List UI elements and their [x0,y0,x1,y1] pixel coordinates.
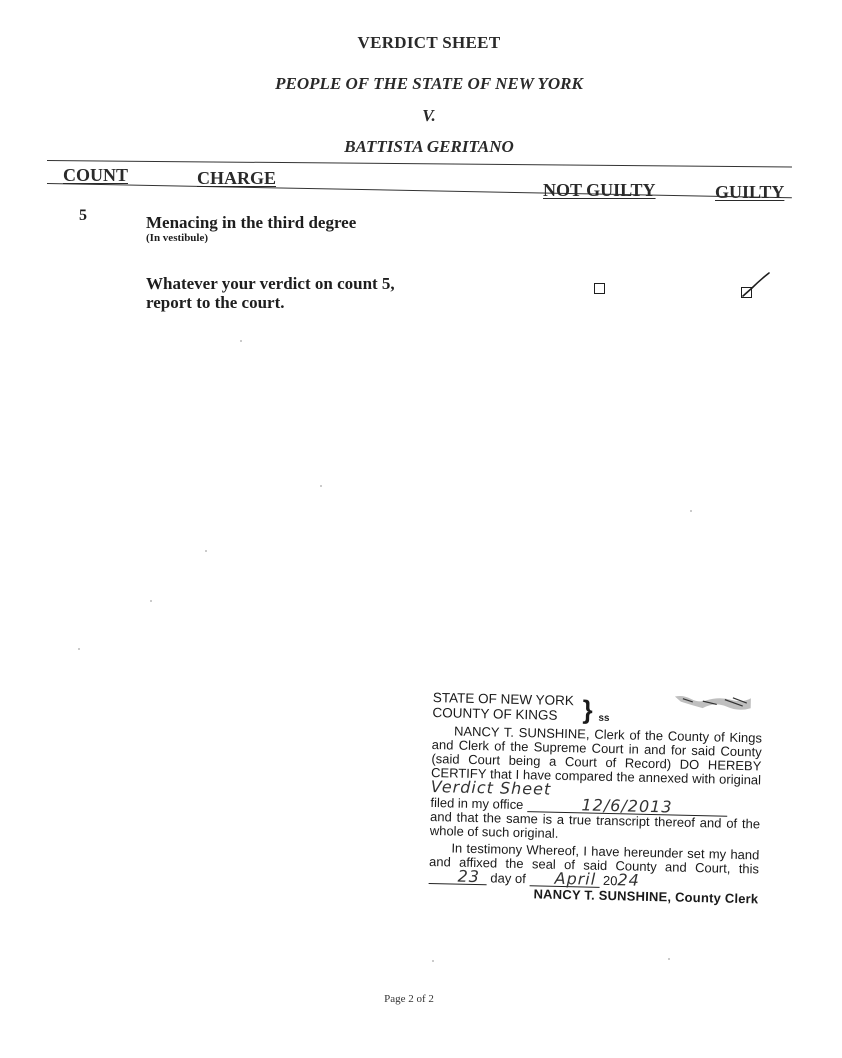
scan-speck [432,960,434,962]
stamp-venue: STATE OF NEW YORK COUNTY OF KINGS } ss [432,690,763,727]
scan-speck [690,510,692,512]
certification-paragraph-2: In testimony Whereof, I have hereunder s… [429,841,760,891]
handwritten-year: 24 [617,870,640,890]
charge-note: (In vestibule) [146,232,208,244]
day-label: day of [490,870,526,886]
handwritten-month: April [529,871,599,888]
scan-speck [240,340,242,342]
year-prefix: 20 [603,873,618,888]
page-number: Page 2 of 2 [0,993,818,1005]
table-header-top-rule [47,160,792,168]
not-guilty-checkbox[interactable] [594,283,605,294]
scan-speck [150,600,152,602]
certification-stamp: STATE OF NEW YORK COUNTY OF KINGS } ss N… [428,690,763,906]
scan-speck [668,958,670,960]
column-header-charge: CHARGE [197,168,276,189]
charge-title: Menacing in the third degree [146,213,356,233]
column-header-not-guilty: NOT GUILTY [543,180,656,201]
case-plaintiff: PEOPLE OF THE STATE OF NEW YORK [0,74,842,94]
venue-ss: ss [598,711,609,726]
scan-speck [78,648,80,650]
charge-instruction: Whatever your verdict on count 5, report… [146,274,395,312]
scan-speck [205,550,207,552]
column-header-guilty: GUILTY [715,182,784,203]
certification-paragraph-1: NANCY T. SUNSHINE, Clerk of the County o… [431,724,763,802]
case-defendant: BATTISTA GERITANO [0,137,842,157]
column-header-count: COUNT [63,165,128,186]
handwritten-day: 23 [429,869,487,885]
seal-impression-icon [673,692,753,716]
count-number: 5 [79,207,87,225]
document-title: VERDICT SHEET [0,33,842,53]
instruction-line-2: report to the court. [146,293,395,312]
checkmark-icon [740,270,772,300]
table-header-bottom-rule [47,183,792,198]
case-versus: V. [0,106,842,126]
scan-speck [320,485,322,487]
instruction-line-1: Whatever your verdict on count 5, [146,274,395,293]
verdict-sheet-page: { "document": { "title": "VERDICT SHEET"… [0,0,842,1058]
brace-icon: } [582,695,593,723]
